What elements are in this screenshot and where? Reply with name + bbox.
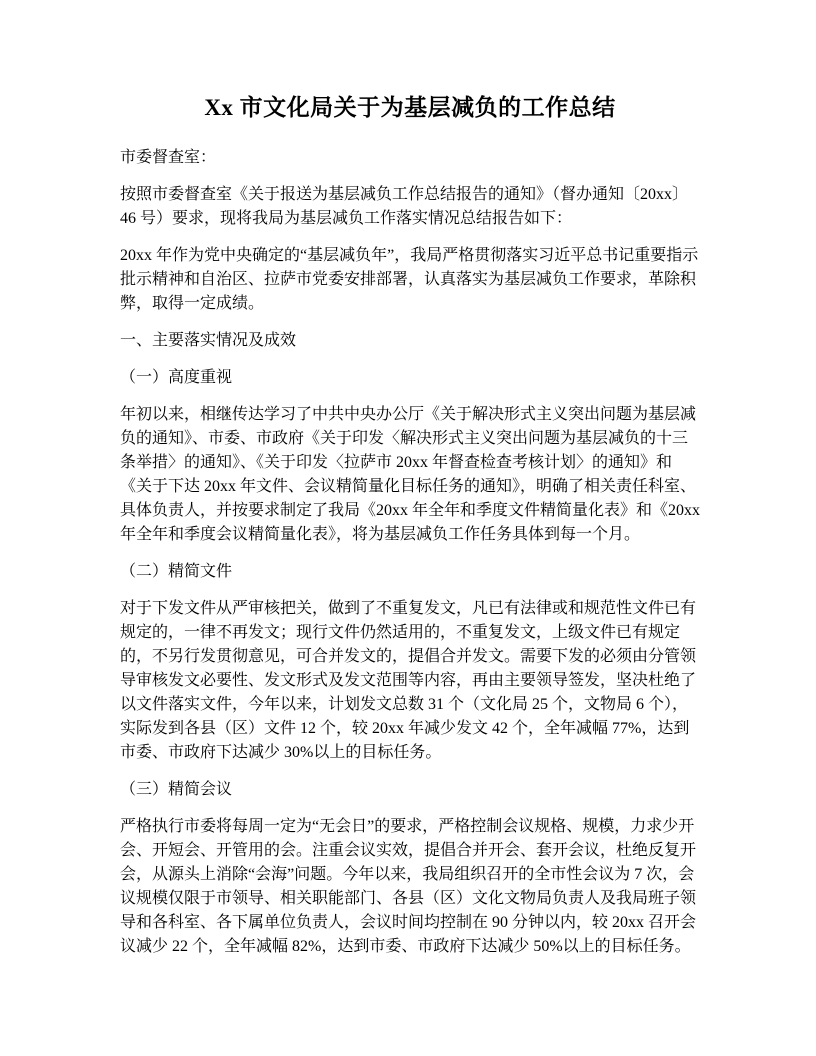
intro-paragraph: 20xx 年作为党中央确定的“基层减负年”，我局严格贯彻落实习近平总书记重要指示… xyxy=(120,244,700,316)
subsection-heading: （二）精简文件 xyxy=(120,560,700,584)
document-title: Xx 市文化局关于为基层减负的工作总结 xyxy=(120,92,700,124)
section-heading: 一、主要落实情况及成效 xyxy=(120,329,700,353)
subsection-paragraph: 对于下发文件从严审核把关，做到了不重复发文，凡已有法律或和规范性文件已有规定的，… xyxy=(120,597,700,765)
intro-paragraph: 按照市委督查室《关于报送为基层减负工作总结报告的通知》（督办通知〔20xx〕46… xyxy=(120,183,700,231)
document-page: Xx 市文化局关于为基层减负的工作总结 市委督查室： 按照市委督查室《关于报送为… xyxy=(0,0,816,1056)
salutation: 市委督查室： xyxy=(120,146,700,170)
subsection-paragraph: 年初以来，相继传达学习了中共中央办公厅《关于解决形式主义突出问题为基层减负的通知… xyxy=(120,403,700,547)
subsection-heading: （一）高度重视 xyxy=(120,366,700,390)
subsection-heading: （三）精简会议 xyxy=(120,778,700,802)
subsection-paragraph: 严格执行市委将每周一定为“无会日”的要求，严格控制会议规格、规模，力求少开会、开… xyxy=(120,815,700,959)
